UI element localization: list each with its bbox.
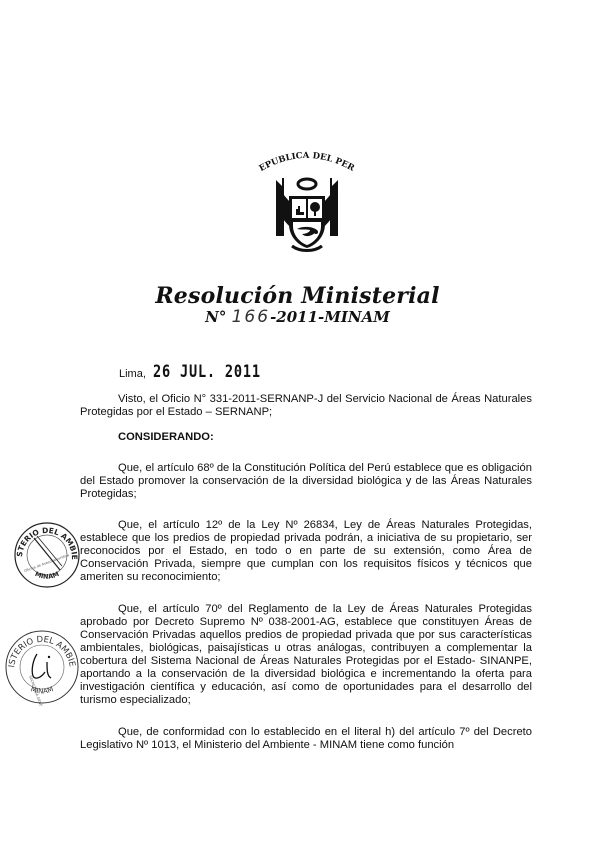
- paragraph-text: Que, el artículo 12º de la Ley Nº 26834,…: [80, 519, 532, 583]
- paragraph-literal-h: Que, de conformidad con lo establecido e…: [80, 726, 532, 752]
- peru-coat-of-arms-icon: [262, 166, 352, 256]
- resolution-number: N° 166-2011-MINAM: [0, 307, 595, 327]
- paragraph-article-68: Que, el artículo 68º de la Constitución …: [80, 462, 532, 501]
- handwritten-number: 166: [232, 307, 270, 327]
- paragraph-text: Que, de conformidad con lo establecido e…: [80, 726, 532, 751]
- document-title: Resolución Ministerial: [0, 283, 595, 309]
- paragraph-article-70: Que, el artículo 70º del Reglamento de l…: [80, 603, 532, 707]
- number-prefix: N°: [205, 308, 226, 326]
- ministry-seal-icon: MINISTERIO DEL AMBIENTE MINAM SECRETARIA…: [3, 628, 81, 706]
- paragraph-text: Que, el artículo 70º del Reglamento de l…: [80, 603, 532, 706]
- svg-text:MINAM: MINAM: [34, 570, 61, 581]
- city-label: Lima,: [119, 368, 146, 380]
- document-page: REPUBLICA DEL PERU: [0, 0, 595, 841]
- paragraph-text: Que, el artículo 68º de la Constitución …: [80, 462, 532, 500]
- ministry-seal-icon: MINISTERIO DEL AMBIENTE MINAM Oficina de…: [12, 520, 82, 590]
- visto-text: Visto, el Oficio N° 331-2011-SERNANP-J d…: [80, 393, 532, 418]
- visto-paragraph: Visto, el Oficio N° 331-2011-SERNANP-J d…: [80, 393, 532, 419]
- number-suffix: -2011-MINAM: [270, 308, 390, 326]
- svg-text:MINISTERIO DEL AMBIENTE: MINISTERIO DEL AMBIENTE: [3, 628, 77, 668]
- svg-text:MINISTERIO DEL AMBIENTE: MINISTERIO DEL AMBIENTE: [12, 520, 79, 560]
- date-stamp: 26 JUL. 2011: [153, 362, 261, 382]
- considerando-heading: CONSIDERANDO:: [118, 431, 214, 443]
- date-line: Lima, 26 JUL. 2011: [119, 362, 288, 382]
- svg-text:Oficina de Asesoría Jurídica: Oficina de Asesoría Jurídica: [24, 553, 70, 573]
- paragraph-article-12: Que, el artículo 12º de la Ley Nº 26834,…: [80, 519, 532, 584]
